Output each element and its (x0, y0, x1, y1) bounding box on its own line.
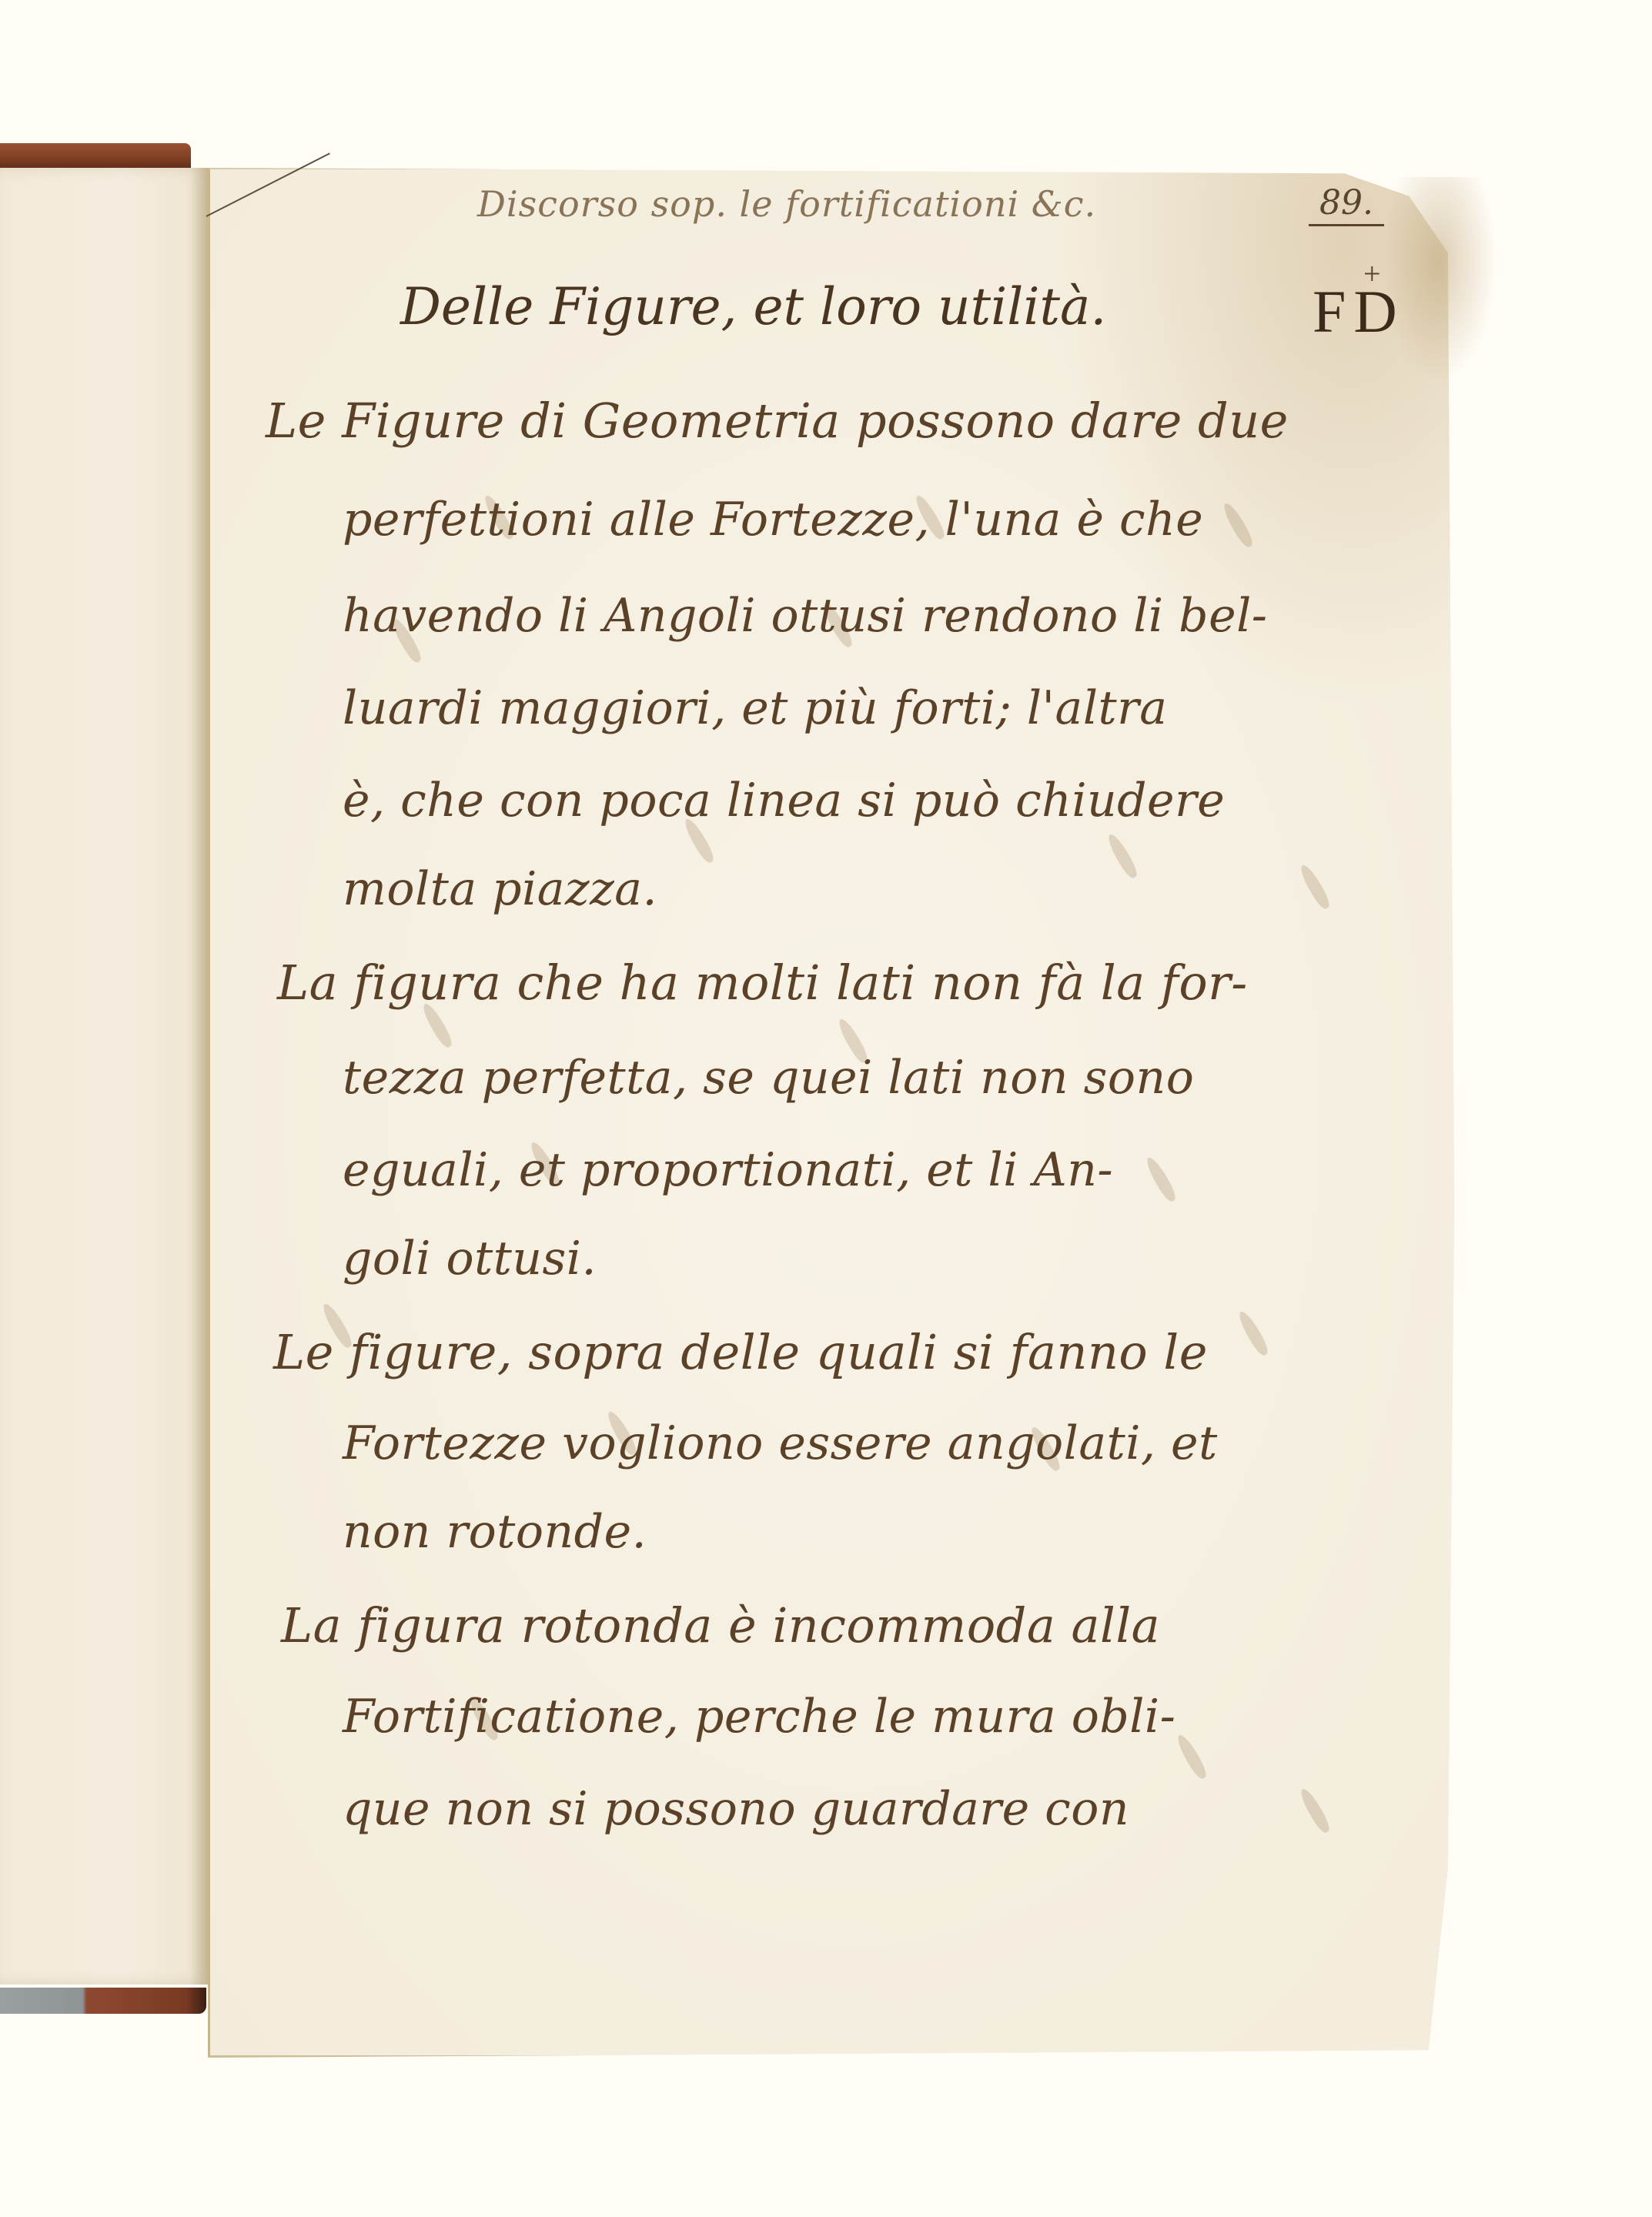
folio-number: 89. (1309, 183, 1384, 226)
text-line: non rotonde. (343, 1505, 647, 1559)
section-title: Delle Figure, et loro utilità. (400, 277, 1106, 336)
text-line: luardi maggiori, et più forti; l'altra (343, 681, 1168, 735)
text-line: La figura che ha molti lati non fà la fo… (277, 955, 1248, 1011)
text-line: perfettioni alle Fortezze, l'una è che (343, 493, 1203, 547)
text-line: Fortezze vogliono essere angolati, et (343, 1416, 1218, 1470)
text-line: que non si possono guardare con (343, 1782, 1129, 1836)
text-line: eguali, et proportionati, et li An- (343, 1143, 1113, 1197)
text-line: è, che con poca linea si può chiudere (343, 774, 1225, 828)
text-line: havendo li Angoli ottusi rendono li bel- (343, 589, 1268, 643)
book-binding-bottom (0, 1988, 206, 2014)
text-line: goli ottusi. (343, 1232, 597, 1286)
left-page-verso (0, 168, 209, 1985)
text-line: Fortificatione, perche le mura obli- (343, 1690, 1175, 1744)
text-line: Le Figure di Geometria possono dare due (266, 393, 1289, 449)
right-page-recto (208, 168, 1500, 2058)
text-line: tezza perfetta, se quei lati non sono (343, 1051, 1194, 1105)
running-head: Discorso sop. le fortificationi &c. (477, 183, 1096, 225)
monogram: + FD (1313, 277, 1405, 346)
text-line: molta piazza. (343, 862, 657, 916)
book-binding-top (0, 143, 191, 171)
cross-mark-icon: + (1363, 256, 1389, 292)
monogram-text: FD (1313, 278, 1405, 345)
text-line: Le figure, sopra delle quali si fanno le (273, 1324, 1208, 1380)
text-line: La figura rotonda è incommoda alla (281, 1597, 1160, 1654)
